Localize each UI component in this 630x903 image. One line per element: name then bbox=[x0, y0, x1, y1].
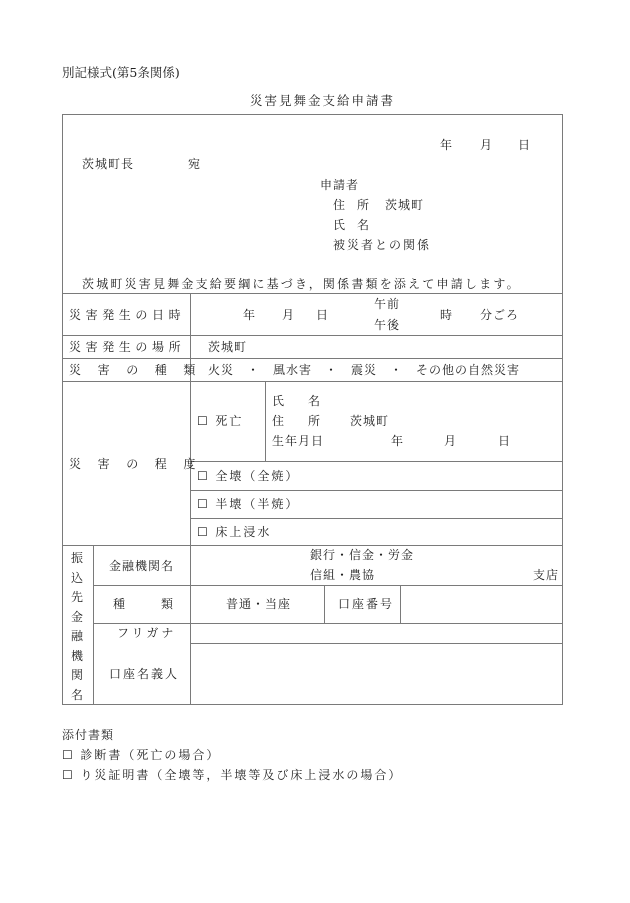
furigana-label: フリガナ bbox=[117, 627, 176, 639]
checkbox-flooding[interactable]: ☐ 床上浸水 bbox=[197, 526, 271, 538]
attachment-diagnosis[interactable]: ☐ 診断書（死亡の場合） bbox=[62, 749, 220, 761]
account-holder-label: 口座名義人 bbox=[109, 668, 179, 680]
applicant-address-field[interactable]: 茨城町 bbox=[385, 199, 424, 211]
checkbox-death[interactable]: ☐ 死亡 bbox=[197, 415, 243, 427]
datetime-hour[interactable]: 時 bbox=[440, 309, 452, 321]
birth-day[interactable]: 日 bbox=[498, 435, 510, 447]
birth-year[interactable]: 年 bbox=[391, 435, 403, 447]
datetime-minute[interactable]: 分ごろ bbox=[480, 309, 519, 321]
pm-option[interactable]: 午後 bbox=[374, 319, 400, 331]
type-label: 災 害 の 種 類 bbox=[69, 364, 198, 376]
account-number-label: 口座番号 bbox=[338, 598, 394, 610]
total-collapse-label: 全壊（全焼） bbox=[215, 469, 299, 483]
attachments-heading: 添付書類 bbox=[62, 729, 114, 741]
death-label: 死亡 bbox=[215, 414, 243, 428]
checkbox-icon[interactable]: ☐ bbox=[197, 497, 208, 511]
relation-label: 被災者との関係 bbox=[333, 239, 431, 251]
addressee-suffix: 宛 bbox=[188, 158, 200, 170]
account-type-label: 種 類 bbox=[113, 598, 173, 610]
applicant-name-label: 氏 名 bbox=[333, 219, 369, 231]
statement: 茨城町災害見舞金支給要綱に基づき，関係書類を添えて申請します。 bbox=[82, 278, 521, 290]
death-address-field[interactable]: 茨城町 bbox=[350, 415, 389, 427]
am-option[interactable]: 午前 bbox=[374, 298, 400, 310]
bank-section-label: 振込先金融機関名 bbox=[71, 549, 85, 705]
account-holder-field[interactable] bbox=[192, 645, 562, 703]
date-year[interactable]: 年 bbox=[440, 139, 452, 151]
furigana-field[interactable] bbox=[192, 625, 562, 642]
death-address-label: 住 所 bbox=[272, 415, 320, 427]
checkbox-total-collapse[interactable]: ☐ 全壊（全焼） bbox=[197, 470, 299, 482]
extent-label: 災 害 の 程 度 bbox=[69, 458, 198, 470]
half-collapse-label: 半壊（半焼） bbox=[215, 497, 299, 511]
birth-month[interactable]: 月 bbox=[444, 435, 456, 447]
attachment-disaster-certificate[interactable]: ☐ り災証明書（全壊等，半壊等及び床上浸水の場合） bbox=[62, 769, 402, 781]
form-label: 別記様式(第5条関係) bbox=[62, 67, 180, 80]
birthdate-label: 生年月日 bbox=[272, 435, 324, 447]
attachment-certificate-label: り災証明書（全壊等，半壊等及び床上浸水の場合） bbox=[80, 768, 402, 782]
checkbox-icon[interactable]: ☐ bbox=[197, 525, 208, 539]
checkbox-icon[interactable]: ☐ bbox=[62, 748, 73, 762]
institution-types-1[interactable]: 銀行・信金・労金 bbox=[310, 549, 414, 561]
place-field[interactable]: 茨城町 bbox=[208, 341, 247, 353]
death-name-label: 氏 名 bbox=[272, 395, 320, 407]
checkbox-icon[interactable]: ☐ bbox=[197, 414, 208, 428]
flooding-label: 床上浸水 bbox=[215, 525, 271, 539]
institution-types-2[interactable]: 信組・農協 bbox=[310, 569, 375, 581]
datetime-month[interactable]: 月 bbox=[282, 309, 294, 321]
addressee: 茨城町長 bbox=[82, 158, 134, 170]
type-options[interactable]: 火災 ・ 風水害 ・ 震災 ・ その他の自然災害 bbox=[208, 364, 520, 376]
datetime-label: 災害発生の日時 bbox=[69, 309, 185, 321]
account-number-field[interactable] bbox=[402, 587, 562, 622]
datetime-day[interactable]: 日 bbox=[316, 309, 328, 321]
attachment-diagnosis-label: 診断書（死亡の場合） bbox=[80, 748, 220, 762]
page-title: 災害見舞金支給申請書 bbox=[250, 95, 395, 108]
datetime-year[interactable]: 年 bbox=[243, 309, 255, 321]
date-month[interactable]: 月 bbox=[480, 139, 492, 151]
checkbox-half-collapse[interactable]: ☐ 半壊（半焼） bbox=[197, 498, 299, 510]
branch-label: 支店 bbox=[533, 569, 559, 581]
checkbox-icon[interactable]: ☐ bbox=[62, 768, 73, 782]
applicant-address-label: 住 所 bbox=[333, 199, 369, 211]
institution-label: 金融機関名 bbox=[109, 560, 174, 572]
applicant-label: 申請者 bbox=[320, 179, 359, 191]
account-type-options[interactable]: 普通・当座 bbox=[226, 598, 291, 610]
checkbox-icon[interactable]: ☐ bbox=[197, 469, 208, 483]
place-label: 災害発生の場所 bbox=[69, 341, 185, 353]
date-day[interactable]: 日 bbox=[518, 139, 530, 151]
